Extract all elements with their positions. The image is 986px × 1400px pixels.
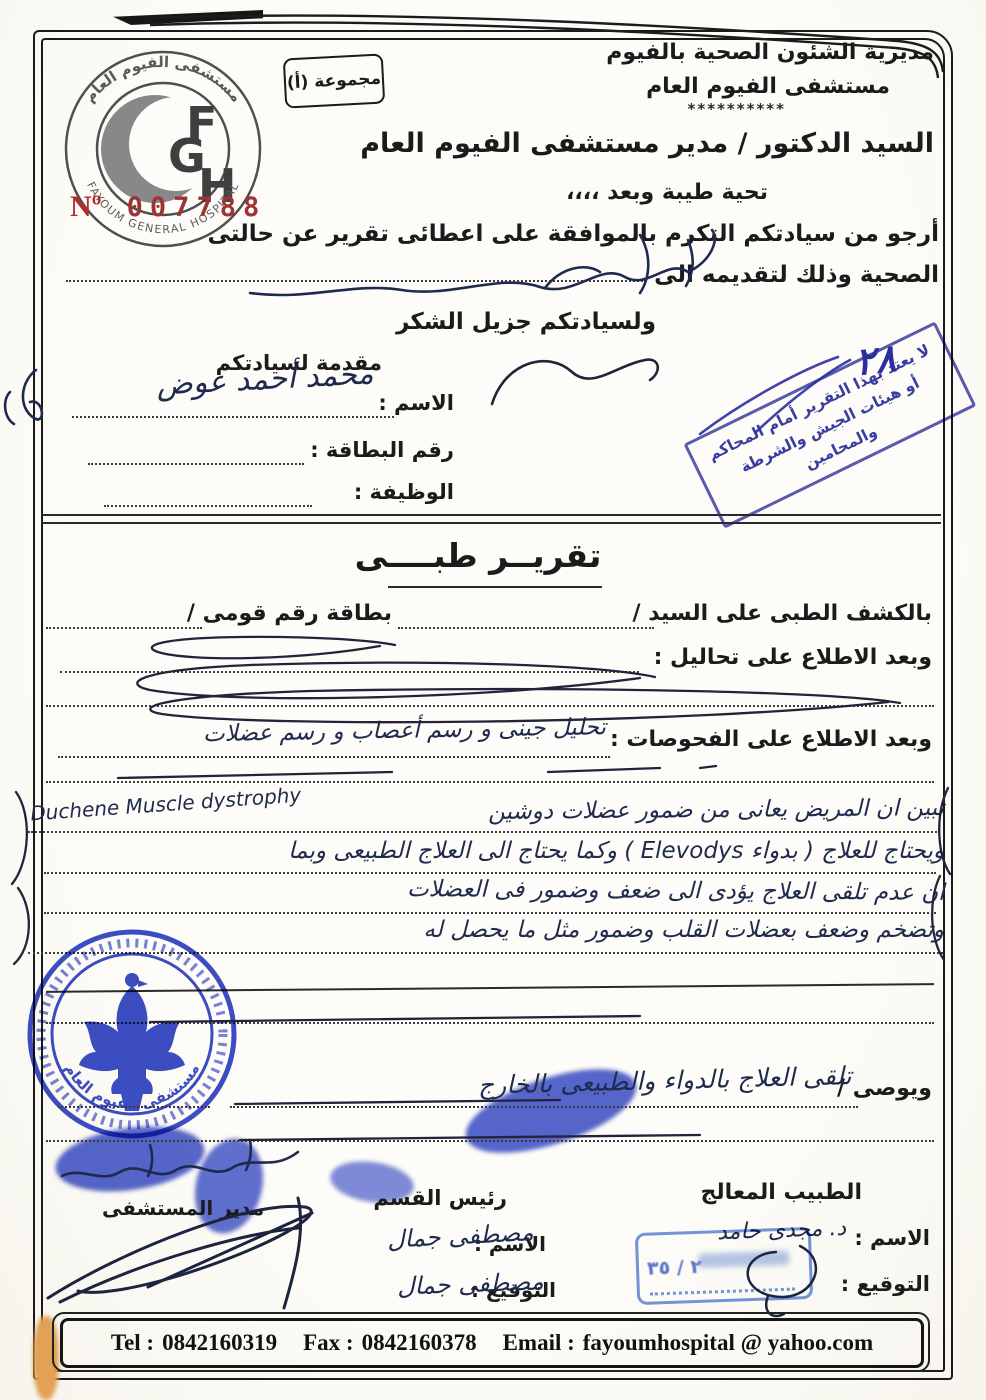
id-dotted-line <box>88 463 304 465</box>
finding-line1-handwriting: تبين ان المريض يعانى من ضمور عضلات دوشين <box>488 795 944 825</box>
treating-doctor-title: الطبيب المعالج <box>701 1180 863 1205</box>
id-label: رقم البطاقة : <box>310 438 454 462</box>
dotted-line-2 <box>46 781 934 783</box>
dotted-line-4 <box>46 1140 934 1142</box>
scanned-medical-report-page: F G H مستشفى الفيوم العام FAYOUM GENERAL… <box>0 0 986 1400</box>
dept-head-title: رئيس القسم <box>373 1186 507 1210</box>
director-title: مدير المستشفى <box>102 1196 264 1220</box>
name-label: الاسم : <box>378 391 454 415</box>
serial-number: 007788 <box>127 192 267 223</box>
job-dotted-line <box>104 505 312 507</box>
finding-dotted-line-2 <box>44 872 936 874</box>
job-label: الوظيفة : <box>354 480 454 504</box>
header-divider-dots: ********** <box>688 100 786 118</box>
fax-label: Fax : <box>303 1330 353 1356</box>
footer-contact-bar: Tel : 0842160319 Fax : 0842160378 Email … <box>60 1318 924 1368</box>
national-id-dotted-line <box>46 627 202 629</box>
recipient-dotted-line <box>66 280 646 282</box>
recommend-dotted-line-left <box>58 1106 210 1108</box>
blue-hand-mark: ٢٨ <box>853 336 898 384</box>
finding-line2-handwriting: ويحتاج للعلاج ( بدواء Elevodys ) وكما يح… <box>288 838 944 864</box>
scan-artifact-top <box>113 10 263 25</box>
group-box: مجموعة (أ) <box>283 53 385 108</box>
recommend-dotted-line <box>230 1106 858 1108</box>
hospital-title: مستشفى الفيوم العام <box>646 74 890 99</box>
analyses-label: وبعد الاطلاع على تحاليل : <box>654 645 932 670</box>
salutation: السيد الدكتور / مدير مستشفى الفيوم العام <box>360 128 934 159</box>
date-stamp-blur <box>699 1251 789 1268</box>
fax-number: 0842160378 <box>362 1330 477 1356</box>
finding-line4-handwriting: وتضخم وضعف بعضلات القلب وضمور مثل ما يحص… <box>423 917 944 943</box>
serial-label: Nº <box>70 190 102 223</box>
thanks-line: ولسيادتكم جزيل الشكر <box>396 309 656 335</box>
directorate-title: مديرية الشئون الصحية بالفيوم <box>606 40 934 65</box>
tests-label: وبعد الاطلاع على الفحوصات : <box>610 727 932 752</box>
exam-dotted-line <box>398 627 654 629</box>
dotted-line-1 <box>46 705 934 707</box>
request-line2-row: الصحية وذلك لتقديمه الى <box>62 262 939 288</box>
tests-dotted-line <box>58 756 610 758</box>
official-round-stamp: مستشفى الفيوم العام <box>22 924 242 1144</box>
doctor-name-label: الاسم : <box>854 1226 930 1250</box>
finding-dotted-line-3 <box>44 912 936 914</box>
exam-label: بالكشف الطبى على السيد / <box>633 601 932 626</box>
tel-label: Tel : <box>111 1330 154 1356</box>
doctor-sign-label: التوقيع : <box>841 1272 930 1296</box>
email-address: fayoumhospital @ yahoo.com <box>583 1330 873 1356</box>
date-stamp: ٢ / ٣٥ <box>635 1227 813 1305</box>
email-label: Email : <box>503 1330 575 1356</box>
date-stamp-dots <box>650 1288 795 1296</box>
finding-dotted-line-1 <box>28 831 940 833</box>
date-stamp-mark: ٢ / ٣٥ <box>647 1256 703 1280</box>
section-divider-line2 <box>41 522 941 524</box>
dept-head-sign-handwriting: مصطفى جمال <box>397 1267 544 1300</box>
name-dotted-line <box>72 416 394 418</box>
greeting: تحية طيبة وبعد ،،،، <box>566 180 768 205</box>
analyses-dotted-line <box>60 671 639 673</box>
section-divider-line1 <box>41 514 941 516</box>
serial-number-block: Nº 007788 <box>70 190 266 224</box>
request-line1: أرجو من سيادتكم التكرم بالموافقة على اعط… <box>207 221 939 247</box>
group-box-label: مجموعة (أ) <box>287 69 382 94</box>
national-id-label: بطاقة رقم قومى / <box>187 601 392 626</box>
request-line2: الصحية وذلك لتقديمه الى <box>654 262 939 288</box>
tel-number: 0842160319 <box>162 1330 277 1356</box>
report-title-underline <box>388 586 602 588</box>
report-title: تقريــر طبــــى <box>0 536 956 575</box>
finding-line3-handwriting: ان عدم تلقى العلاج يؤدى الى ضعف وضمور فى… <box>406 876 944 906</box>
